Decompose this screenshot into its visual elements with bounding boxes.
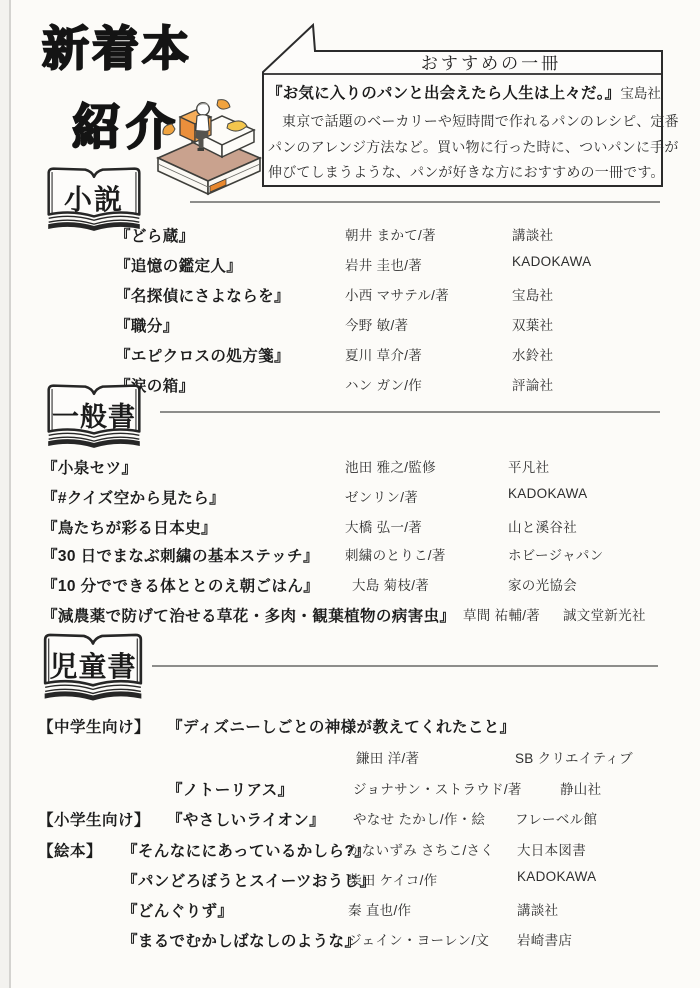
book-publisher: 双葉社 [512,314,553,334]
book-publisher: 誠文堂新光社 [563,604,646,624]
recommendation-title-line: 『お気に入りのパンと出会えたら人生は上々だ。』宝島社 [267,81,659,103]
book-author: 小西 マサテル/著 [345,284,449,304]
book-row: 『#クイズ空から見たら』 ゼンリン/著 KADOKAWA [0,486,700,510]
book-publisher: 岩崎書店 [517,929,572,949]
section-divider [152,665,658,667]
book-author: 柴田 ケイコ/作 [348,869,437,889]
book-title: 『30 日でまなぶ刺繍の基本ステッチ』 [42,544,319,566]
section-divider [160,411,660,413]
book-author: 鎌田 洋/著 [356,747,419,767]
book-publisher: 水鈴社 [512,344,553,364]
book-title: 『パンどろぼうとスイーツおうじ』 [122,869,375,891]
book-row: 『名探偵にさよならを』 小西 マサテル/著 宝島社 [0,284,700,308]
section-label-general: 一般書 [40,395,148,434]
book-author: 刺繍のとりこ/著 [345,544,446,564]
book-title: 『10 分でできる体ととのえ朝ごはん』 [42,574,319,596]
book-publisher: フレーベル館 [515,808,597,828]
section-label-novels: 小説 [40,178,148,218]
book-publisher: KADOKAWA [508,486,587,501]
book-row: 『まるでむかしばなしのような』 ジェイン・ヨーレン/文 岩崎書店 [0,929,700,953]
audience-tag: 【小学生向け】 [38,808,150,830]
book-author: 草間 祐輔/著 [463,604,540,624]
book-row: 『パンどろぼうとスイーツおうじ』 柴田 ケイコ/作 KADOKAWA [0,869,700,893]
book-author: 今野 敏/著 [345,314,408,334]
book-publisher: 大日本図書 [517,839,586,859]
section-divider [190,201,660,203]
book-row: 『10 分でできる体ととのえ朝ごはん』 大島 菊枝/著 家の光協会 [0,574,700,598]
book-title: 『まるでむかしばなしのような』 [122,929,360,951]
book-title: 『#クイズ空から見たら』 [42,486,225,508]
section-label-children: 児童書 [36,645,150,685]
book-publisher: KADOKAWA [512,254,591,269]
book-publisher: 家の光協会 [508,574,577,594]
book-author: ハン ガン/作 [345,374,422,394]
book-row: 【小学生向け】 『やさしいライオン』 やなせ たかし/作・絵 フレーベル館 [0,808,700,832]
book-publisher: 静山社 [560,778,601,798]
book-publisher: 講談社 [512,224,553,244]
book-author: ジェイン・ヨーレン/文 [348,929,489,949]
book-row: 『鳥たちが彩る日本史』 大橋 弘一/著 山と溪谷社 [0,516,700,540]
book-title: 『エピクロスの処方箋』 [115,344,290,366]
recommended-book-publisher: 宝島社 [620,86,661,101]
book-row: 『ノトーリアス』 ジョナサン・ストラウド/著 静山社 [0,778,700,802]
book-author: ジョナサン・ストラウド/著 [353,778,522,798]
book-title: 『ノトーリアス』 [167,778,294,800]
book-row: 鎌田 洋/著 SB クリエイティブ [0,747,700,771]
book-row: 『エピクロスの処方箋』 夏川 草介/著 水鈴社 [0,344,700,368]
recommendation-description-line: パンのアレンジ方法など。買い物に行った時に、ついパンに手が [268,137,660,157]
book-publisher: KADOKAWA [517,869,596,884]
book-publisher: ホビージャパン [508,544,604,564]
recommendation-header: おすすめの一冊 [320,54,662,74]
book-row: 【中学生向け】 『ディズニーしごとの神様が教えてくれたこと』 [0,715,700,739]
book-publisher: SB クリエイティブ [515,747,633,767]
book-author: 夏川 草介/著 [345,344,422,364]
book-row: 『職分』 今野 敏/著 双葉社 [0,314,700,338]
book-author: 岩井 圭也/著 [345,254,422,274]
audience-tag: 【中学生向け】 [38,715,150,737]
book-publisher: 評論社 [512,374,553,394]
page-title-line1: 新着本 [42,12,192,79]
book-publisher: 平凡社 [508,456,549,476]
book-title: 『そんなににあっているかしら?』 [122,839,370,861]
book-row: 【絵本】 『そんなににあっているかしら?』 かないずみ さちこ/さく 大日本図書 [0,839,700,863]
book-publisher: 山と溪谷社 [508,516,577,536]
book-title: 『どら蔵』 [115,224,195,246]
book-publisher: 講談社 [517,899,558,919]
book-title: 『追憶の鑑定人』 [115,254,242,276]
audience-tag: 【絵本】 [38,839,102,861]
book-title: 『小泉セツ』 [42,456,137,478]
book-row: 『追憶の鑑定人』 岩井 圭也/著 KADOKAWA [0,254,700,278]
book-author: 大橋 弘一/著 [345,516,422,536]
book-row: 『どんぐりず』 秦 直也/作 講談社 [0,899,700,923]
person-on-book-stack-illustration [150,94,268,198]
book-title: 『やさしいライオン』 [167,808,325,830]
book-row: 『どら蔵』 朝井 まかて/著 講談社 [0,224,700,248]
recommendation-description-line: 伸びてしまうような、パンが好きな方におすすめの一冊です。 [268,162,660,182]
book-title: 『ディズニーしごとの神様が教えてくれたこと』 [167,715,516,737]
book-row: 『小泉セツ』 池田 雅之/監修 平凡社 [0,456,700,480]
book-publisher: 宝島社 [512,284,553,304]
scanned-newsletter-page: 新着本 紹介 [0,0,700,988]
book-title: 『どんぐりず』 [122,899,233,921]
book-title: 『鳥たちが彩る日本史』 [42,516,217,538]
recommended-book-title: 『お気に入りのパンと出会えたら人生は上々だ。』 [267,85,620,102]
book-author: 池田 雅之/監修 [345,456,436,476]
book-author: 朝井 まかて/著 [345,224,436,244]
book-title: 『職分』 [115,314,179,336]
book-title: 『減農薬で防げて治せる草花・多肉・観葉植物の病害虫』 [42,604,455,626]
book-author: ゼンリン/著 [345,486,418,506]
recommendation-description-line: 東京で話題のベーカリーや短時間で作れるパンのレシピ、定番 [268,111,660,131]
book-author: かないずみ さちこ/さく [348,839,494,859]
book-author: やなせ たかし/作・絵 [353,808,485,828]
book-title: 『名探偵にさよならを』 [115,284,290,306]
book-row: 『30 日でまなぶ刺繍の基本ステッチ』 刺繍のとりこ/著 ホビージャパン [0,544,700,568]
book-row: 『減農薬で防げて治せる草花・多肉・観葉植物の病害虫』 草間 祐輔/著 誠文堂新光… [0,604,700,628]
book-author: 大島 菊枝/著 [352,574,429,594]
book-author: 秦 直也/作 [348,899,411,919]
